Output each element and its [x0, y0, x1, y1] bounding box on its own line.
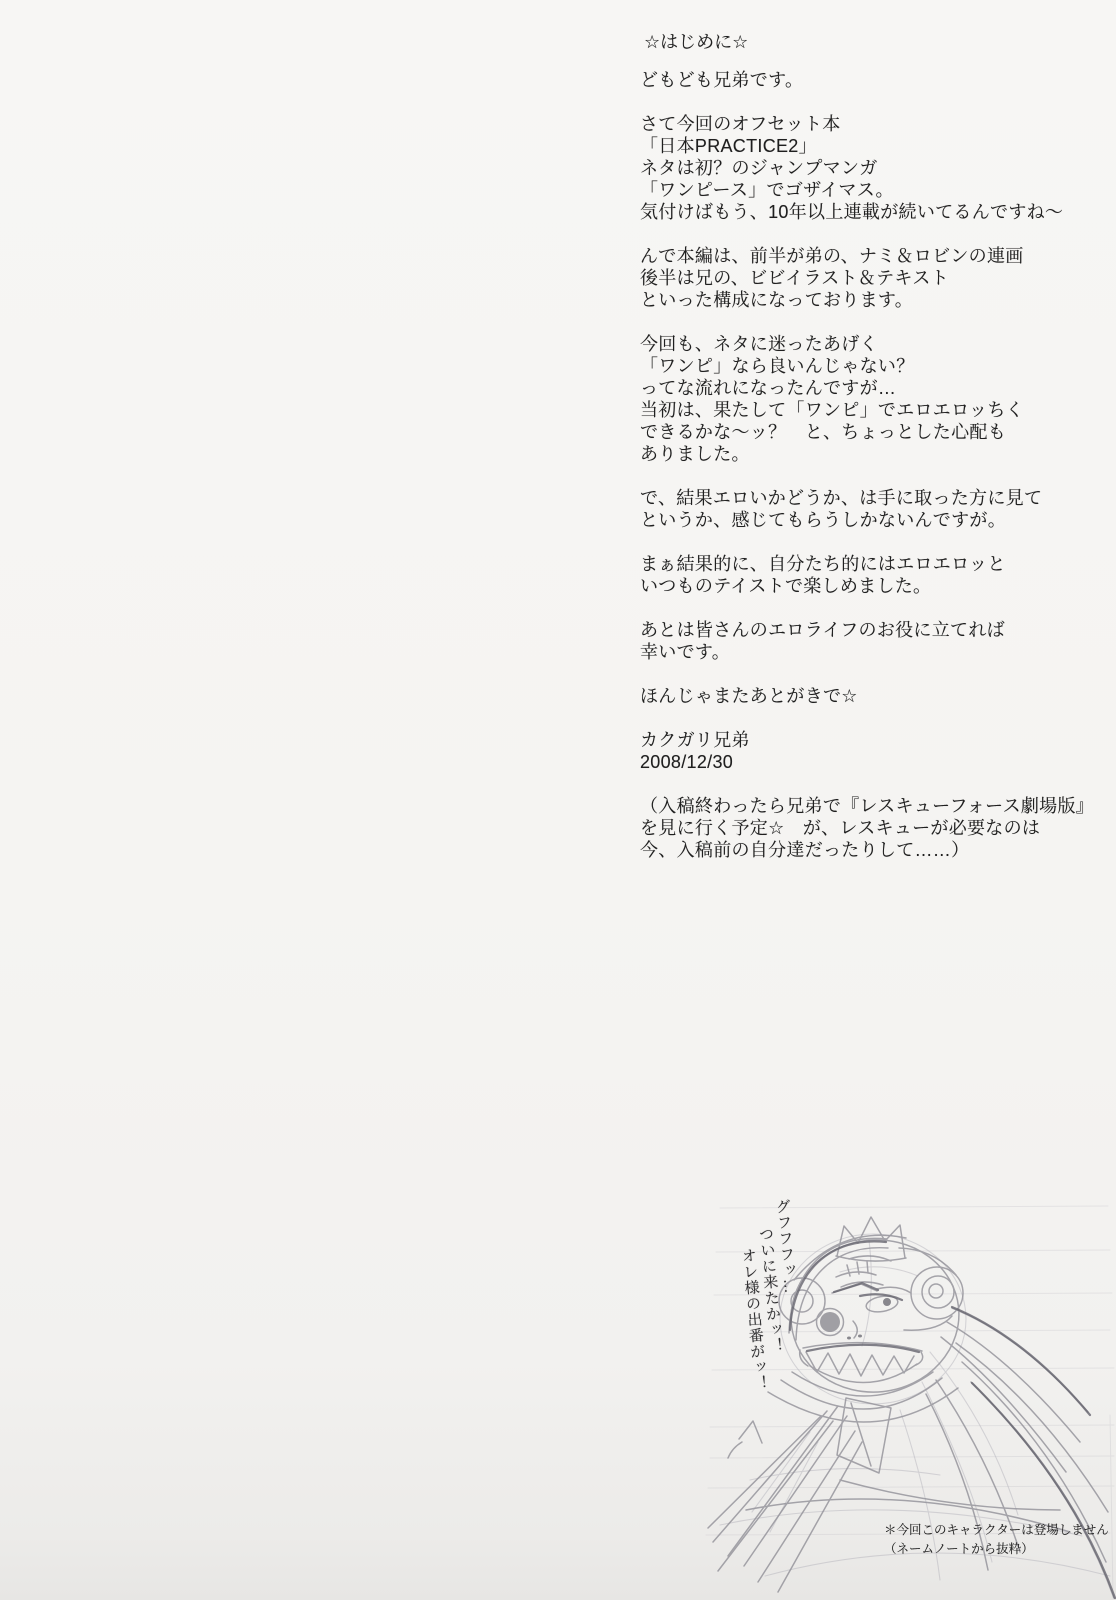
text-line: 「ワンピース」でゴザイマス。 — [640, 179, 1094, 201]
text-line: んで本編は、前半が弟の、ナミ＆ロビンの連画 — [640, 245, 1094, 267]
text-line: 今回も、ネタに迷ったあげく — [640, 333, 1094, 355]
text-line: あとは皆さんのエロライフのお役に立てれば — [640, 619, 1094, 641]
scanned-page: ☆はじめに☆ どもども兄弟です。 さて今回のオフセット本「日本PRACTICE2… — [0, 0, 1116, 1600]
text-line: というか、感じてもらうしかないんですが。 — [640, 509, 1094, 531]
text-line: ありました。 — [640, 443, 1094, 465]
text-line: （ネームノートから抜粋） — [884, 1540, 1109, 1559]
text-line: ってな流れになったんですが… — [640, 377, 1094, 399]
text-line — [640, 531, 1094, 553]
text-line: 「ワンピ」なら良いんじゃない？ — [640, 355, 1094, 377]
text-line — [640, 311, 1094, 333]
text-line — [640, 707, 1094, 729]
text-line: まぁ結果的に、自分たち的にはエロエロッと — [640, 553, 1094, 575]
text-line: 気付けばもう、10年以上連載が続いてるんですね～ — [640, 201, 1094, 223]
text-line — [640, 773, 1094, 795]
text-line: ほんじゃまたあとがきで☆ — [640, 685, 1094, 707]
text-line: 2008/12/30 — [640, 751, 1094, 773]
text-line: 今、入稿前の自分達だったりして……） — [640, 839, 1094, 861]
text-line: 後半は兄の、ビビイラスト＆テキスト — [640, 267, 1094, 289]
text-line — [640, 223, 1094, 245]
text-line: （入稿終わったら兄弟で『レスキューフォース劇場版』 — [640, 795, 1094, 817]
text-line — [640, 465, 1094, 487]
text-line: を見に行く予定☆ が、レスキューが必要なのは — [640, 817, 1094, 839]
text-line: 当初は、果たして「ワンピ」でエロエロッちく — [640, 399, 1094, 421]
text-line: 「日本PRACTICE2」 — [640, 135, 1094, 157]
text-line: どもども兄弟です。 — [640, 69, 1094, 91]
text-line — [640, 597, 1094, 619]
text-line: 幸いです。 — [640, 641, 1094, 663]
text-line: さて今回のオフセット本 — [640, 113, 1094, 135]
sketch-caption: ＊今回このキャラクターは登場しません（ネームノートから抜粋） — [884, 1521, 1109, 1559]
text-line — [640, 663, 1094, 685]
text-line: で、結果エロいかどうか、は手に取った方に見て — [640, 487, 1094, 509]
page-title: ☆はじめに☆ — [644, 31, 748, 53]
text-line: といった構成になっております。 — [640, 289, 1094, 311]
text-line — [640, 91, 1094, 113]
text-line: ネタは初？のジャンプマンガ — [640, 157, 1094, 179]
text-line: できるかな～ッ？ と、ちょっとした心配も — [640, 421, 1094, 443]
text-line: ＊今回このキャラクターは登場しません — [884, 1521, 1109, 1540]
text-line: いつものテイストで楽しめました。 — [640, 575, 1094, 597]
text-line: カクガリ兄弟 — [640, 729, 1094, 751]
afterword-text: どもども兄弟です。 さて今回のオフセット本「日本PRACTICE2」ネタは初？の… — [640, 69, 1094, 861]
